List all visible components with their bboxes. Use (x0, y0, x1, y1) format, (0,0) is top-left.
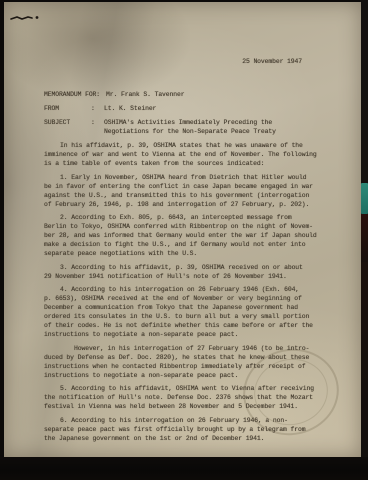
from-label: FROM (44, 104, 91, 113)
paragraph-item-1: 1. Early in November, OSHIMA heard from … (44, 173, 336, 209)
memo-content: 25 November 1947 MEMORANDUM FOR: Mr. Fra… (44, 2, 336, 447)
from-colon: : (91, 104, 104, 113)
folder-tab-shadow (361, 214, 368, 262)
from-value: Lt. K. Steiner (104, 104, 156, 113)
memo-body: In his affidavit, p. 39, OSHIMA states t… (44, 141, 336, 443)
paragraph-item-2: 2. According to Exh. 805, p. 6643, an in… (44, 213, 336, 258)
paragraph-item-5: 5. According to his affidavit, OSHIMA we… (44, 384, 336, 411)
subject-colon: : (91, 118, 104, 136)
memo-for-label: MEMORANDUM FOR: (44, 90, 100, 99)
subject-label: SUBJECT (44, 118, 91, 136)
document-date: 25 November 1947 (44, 57, 336, 66)
folder-tab-accent (361, 183, 368, 214)
paragraph-item-6: 6. According to his interrogation on 26 … (44, 416, 336, 443)
from-row: FROM : Lt. K. Steiner (44, 104, 336, 113)
memo-header: MEMORANDUM FOR: Mr. Frank S. Tavenner FR… (44, 90, 336, 136)
paragraph-intro: In his affidavit, p. 39, OSHIMA states t… (44, 141, 336, 168)
memo-for-row: MEMORANDUM FOR: Mr. Frank S. Tavenner (44, 90, 336, 99)
memo-for-value: Mr. Frank S. Tavenner (106, 90, 184, 99)
subject-value: OSHIMA's Activities Immediately Precedin… (104, 118, 276, 136)
subject-row: SUBJECT : OSHIMA's Activities Immediatel… (44, 118, 336, 136)
paragraph-item-4: 4. According to his interrogation on 26 … (44, 285, 336, 339)
scanned-memo-page: 25 November 1947 MEMORANDUM FOR: Mr. Fra… (4, 2, 361, 457)
paragraph-however: However, in his interrogation of 27 Febr… (44, 344, 336, 380)
paragraph-item-3: 3. According to his affidavit, p. 39, OS… (44, 263, 336, 281)
pen-mark (10, 12, 42, 24)
scan-background-bottom (0, 457, 368, 480)
